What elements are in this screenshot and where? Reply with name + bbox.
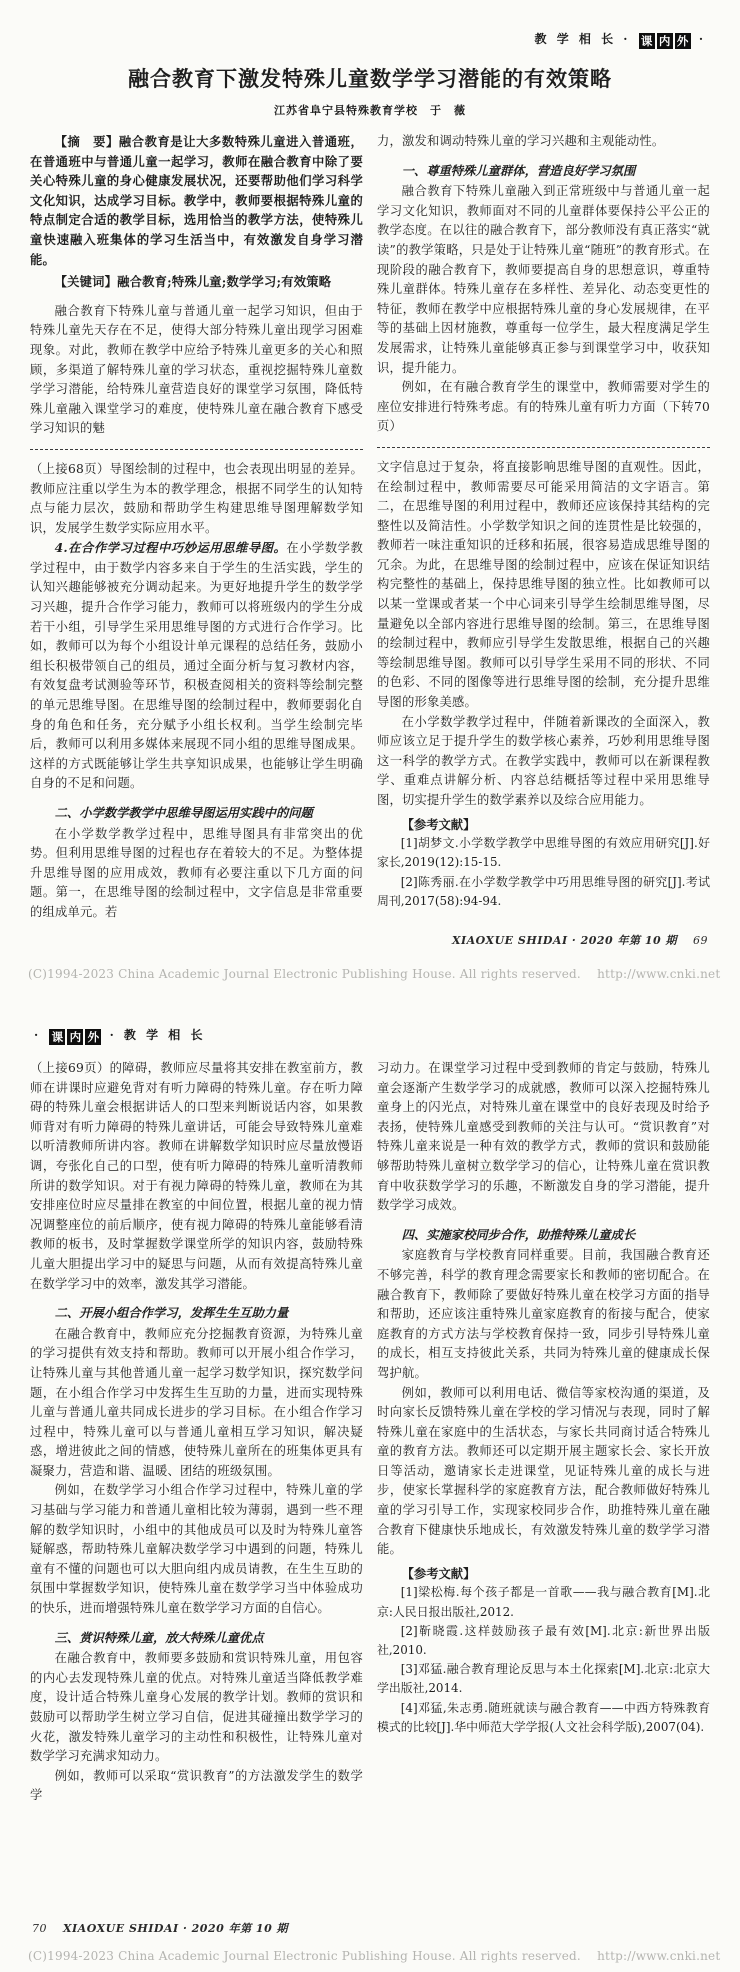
boxed-char-ke: 课 bbox=[49, 1029, 65, 1045]
sub4-lead: 4.在合作学习过程中巧妙运用思维导图。 bbox=[55, 540, 287, 555]
abstract-text: 融合教育是让大多数特殊儿童进入普通班，在普通班中与普通儿童一起学习，教师在融合教… bbox=[30, 134, 363, 267]
continued-from-69-paragraph: （上接69页）的障碍，教师应尽量将其安排在教室前方，教师在讲课时应避免背对有听力… bbox=[30, 1059, 363, 1294]
family-school-paragraph: 家庭教育与学校教育同样重要。目前，我国融合教育还不够完善，科学的教育理念需要家长… bbox=[377, 1246, 710, 1383]
keywords-paragraph: 【关键词】融合教育;特殊儿童;数学学习;有效策略 bbox=[30, 272, 363, 292]
reference-item: [3]邓猛.融合教育理论反思与本土化探索[M].北京:北京大学出版社,2014. bbox=[377, 1660, 710, 1698]
abstract-label: 【摘 要】 bbox=[55, 134, 119, 149]
page2-left-column: （上接69页）的障碍，教师应尽量将其安排在教室前方，教师在讲课时应避免背对有听力… bbox=[30, 1059, 363, 1806]
footnote-divider bbox=[30, 449, 363, 450]
journal-name-line: XIAOXUE SHIDAI · 2020 年第 10 期 bbox=[452, 934, 677, 947]
carryover-paragraph: 习动力。在课堂学习过程中受到教师的肯定与鼓励，特殊儿童会逐渐产生数学学习的成就感… bbox=[377, 1059, 710, 1216]
carryover-paragraph: 力，激发和调动特殊儿童的学习兴趣和主观能动性。 bbox=[377, 132, 710, 152]
boxed-char-nei: 内 bbox=[657, 33, 673, 49]
journal-page-69: 教 学 相 长 · 课内外 · 融合教育下激发特殊儿童数学学习潜能的有效策略 江… bbox=[0, 0, 740, 1000]
boxed-char-ke: 课 bbox=[639, 33, 655, 49]
boxed-char-wai: 外 bbox=[675, 33, 691, 49]
reference-item: [2]靳晓霞.这样鼓励孩子最有效[M].北京:新世界出版社,2010. bbox=[377, 1622, 710, 1660]
footnote-divider bbox=[377, 447, 710, 448]
references-label: 【参考文献】 bbox=[377, 815, 710, 835]
page-number: 69 bbox=[693, 934, 708, 947]
page-number: 70 bbox=[32, 1922, 47, 1935]
example-paragraph: 例如，在有融合教育学生的课堂中，教师需要对学生的座位安排进行特殊考虑。有的特殊儿… bbox=[377, 378, 710, 437]
page2-footer: 70 XIAOXUE SHIDAI · 2020 年第 10 期 bbox=[32, 1920, 288, 1936]
praise-paragraph: 在融合教育中，教师要多鼓励和赏识特殊儿童，用包容的内心去发现特殊儿童的优点。对特… bbox=[30, 1649, 363, 1767]
intro-paragraph: 融合教育下特殊儿童与普通儿童一起学习知识，但由于特殊儿童先天存在不足，使得大部分… bbox=[30, 302, 363, 439]
section-heading-2: 二、开展小组合作学习，发挥生生互助力量 bbox=[30, 1303, 363, 1323]
column-tag-dot: · bbox=[699, 32, 706, 46]
article-author: 江苏省阜宁县特殊教育学校 于 薇 bbox=[0, 102, 740, 118]
respect-paragraph: 融合教育下特殊儿童融入到正常班级中与普通儿童一起学习文化知识，教师面对不同的儿童… bbox=[377, 182, 710, 378]
closing-paragraph: 在小学数学教学过程中，伴随着新课改的全面深入，教师应该立足于提升学生的数学核心素… bbox=[377, 713, 710, 811]
section-heading-2: 二、小学数学教学中思维导图运用实践中的问题 bbox=[30, 803, 363, 823]
keywords-label: 【关键词】 bbox=[55, 274, 118, 289]
sub4-paragraph: 4.在合作学习过程中巧妙运用思维导图。在小学数学教学过程中，由于数学内容多来自于… bbox=[30, 538, 363, 794]
mindmap-continued-paragraph: 文字信息过于复杂，将直接影响思维导图的直观性。因此，在绘制过程中，教师需要尽可能… bbox=[377, 458, 710, 713]
family-example-paragraph: 例如，教师可以利用电话、微信等家校沟通的渠道，及时向家长反馈特殊儿童在学校的学习… bbox=[377, 1384, 710, 1560]
group-learning-paragraph: 在融合教育中，教师应充分挖掘教育资源，为特殊儿童的学习提供有效支持和帮助。教师可… bbox=[30, 1325, 363, 1482]
page2-right-column: 习动力。在课堂学习过程中受到教师的肯定与鼓励，特殊儿童会逐渐产生数学学习的成就感… bbox=[377, 1059, 710, 1806]
journal-name-line: XIAOXUE SHIDAI · 2020 年第 10 期 bbox=[63, 1922, 288, 1935]
boxed-char-wai: 外 bbox=[85, 1029, 101, 1045]
column-tag-dot: · bbox=[34, 1028, 41, 1042]
page2-column-tag: · 课内外 · 教 学 相 长 bbox=[0, 1000, 740, 1045]
cnki-watermark: (C)1994-2023 China Academic Journal Elec… bbox=[28, 1947, 720, 1964]
praise-example-lead-paragraph: 例如，教师可以采取“赏识教育”的方法激发学生的数学学 bbox=[30, 1767, 363, 1806]
keywords-text: 融合教育;特殊儿童;数学学习;有效策略 bbox=[117, 274, 331, 289]
reference-item: [1]胡梦文.小学数学教学中思维导图的有效应用研究[J].好家长,2019(12… bbox=[377, 834, 710, 872]
sub4-text: 在小学数学教学过程中，由于数学内容多来自于学生的生活实践，学生的认知兴趣能够被充… bbox=[30, 541, 363, 790]
page1-columns: 【摘 要】融合教育是让大多数特殊儿童进入普通班，在普通班中与普通儿童一起学习，教… bbox=[0, 118, 740, 923]
page1-column-tag: 教 学 相 长 · 课内外 · bbox=[0, 0, 740, 49]
page1-right-column: 力，激发和调动特殊儿童的学习兴趣和主观能动性。 一、尊重特殊儿童群体，营造良好学… bbox=[377, 132, 710, 923]
reference-item: [2]陈秀丽.在小学数学教学中巧用思维导图的研究[J].考试周刊,2017(58… bbox=[377, 873, 710, 911]
column-tag-text: · 教 学 相 长 bbox=[110, 1028, 206, 1042]
cnki-watermark: (C)1994-2023 China Academic Journal Elec… bbox=[28, 965, 720, 982]
page2-columns: （上接69页）的障碍，教师应尽量将其安排在教室前方，教师在讲课时应避免背对有听力… bbox=[0, 1045, 740, 1806]
reference-item: [1]梁松梅.每个孩子都是一首歌——我与融合教育[M].北京:人民日报出版社,2… bbox=[377, 1583, 710, 1621]
journal-page-70: · 课内外 · 教 学 相 长 （上接69页）的障碍，教师应尽量将其安排在教室前… bbox=[0, 1000, 740, 1972]
column-tag-text: 教 学 相 长 · bbox=[535, 32, 631, 46]
section-heading-1: 一、尊重特殊儿童群体，营造良好学习氛围 bbox=[377, 161, 710, 181]
page1-footer: XIAOXUE SHIDAI · 2020 年第 10 期 69 bbox=[452, 932, 708, 948]
boxed-char-nei: 内 bbox=[67, 1029, 83, 1045]
article-title: 融合教育下激发特殊儿童数学学习潜能的有效策略 bbox=[30, 63, 710, 93]
section-heading-4: 四、实施家校同步合作，助推特殊儿童成长 bbox=[377, 1225, 710, 1245]
continued-from-68-paragraph: （上接68页）导图绘制的过程中，也会表现出明显的差异。教师应注重以学生为本的教学… bbox=[30, 460, 363, 538]
spacer bbox=[30, 292, 363, 302]
abstract-paragraph: 【摘 要】融合教育是让大多数特殊儿童进入普通班，在普通班中与普通儿童一起学习，教… bbox=[30, 132, 363, 269]
problem-paragraph: 在小学数学教学过程中，思维导图具有非常突出的优势。但利用思维导图的过程也存在着较… bbox=[30, 825, 363, 923]
page1-left-column: 【摘 要】融合教育是让大多数特殊儿童进入普通班，在普通班中与普通儿童一起学习，教… bbox=[30, 132, 363, 923]
references-label: 【参考文献】 bbox=[377, 1564, 710, 1584]
reference-item: [4]邓猛,朱志勇.随班就读与融合教育——中西方特殊教育模式的比较[J].华中师… bbox=[377, 1699, 710, 1737]
group-example-paragraph: 例如，在数学学习小组合作学习过程中，特殊儿童的学习基础与学习能力和普通儿童相比较… bbox=[30, 1481, 363, 1618]
section-heading-3: 三、赏识特殊儿童，放大特殊儿童优点 bbox=[30, 1628, 363, 1648]
